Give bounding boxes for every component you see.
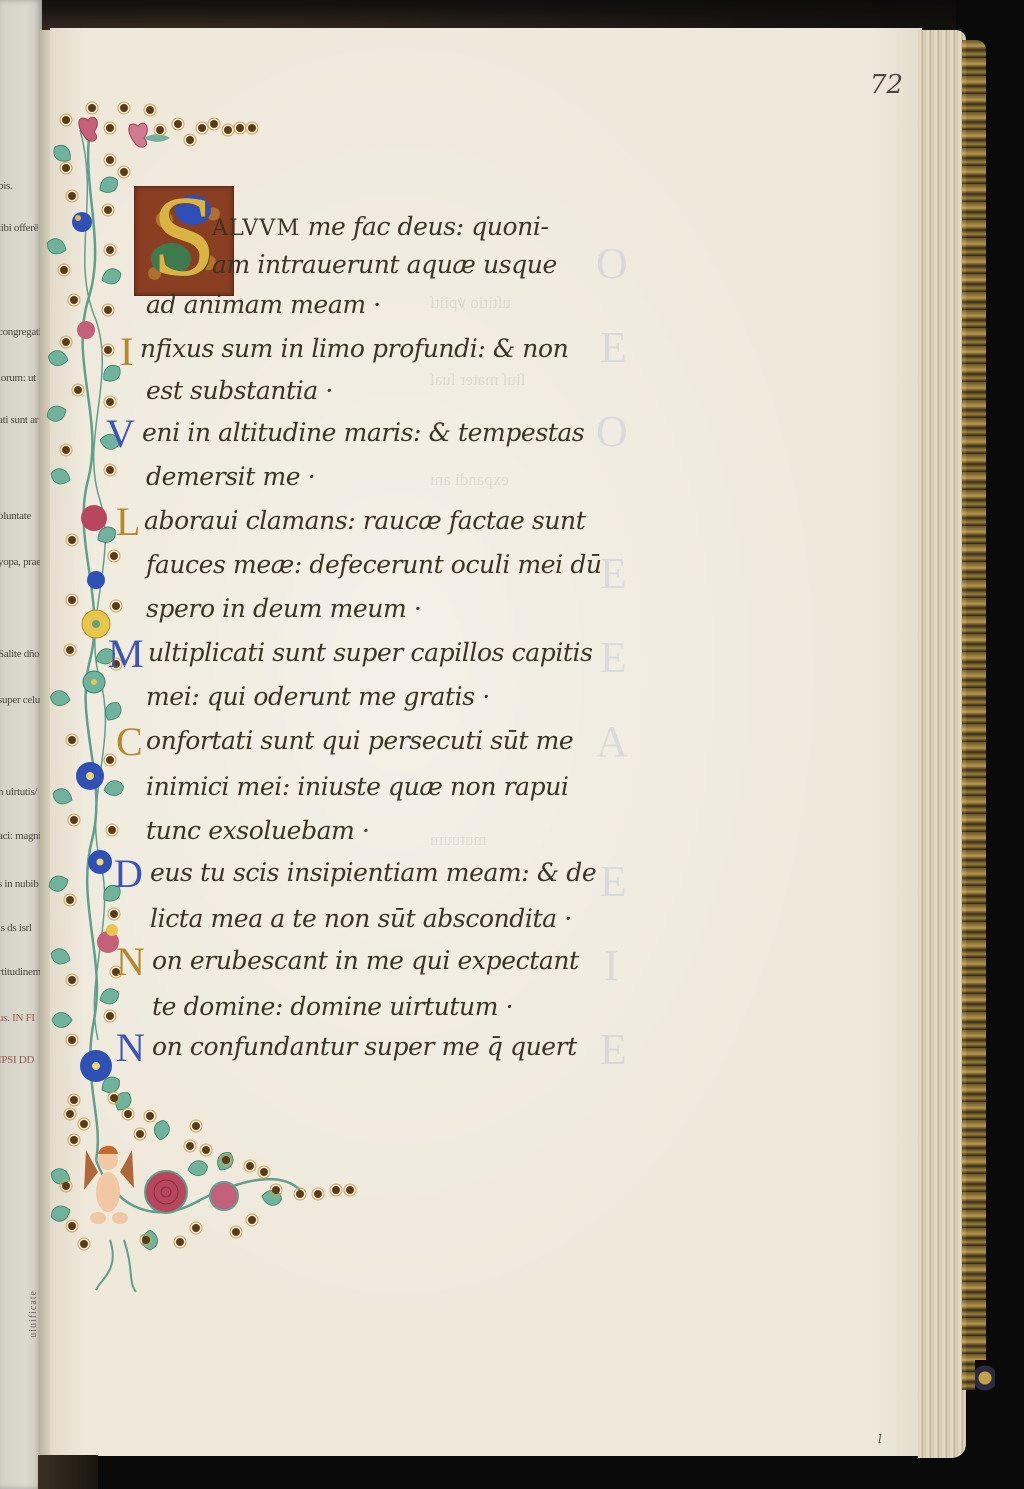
- bleed-through-text: uſtitio ꝟpiitſ: [430, 290, 511, 313]
- book-binding-corner: [38, 1455, 98, 1489]
- text-line: te domine: domine uirtutum ·: [152, 992, 513, 1021]
- left-page-line: is ds isrl: [0, 922, 32, 934]
- text-line: am intrauerunt aquæ usque: [212, 250, 557, 279]
- text-line: licta mea a te non sūt abscondita ·: [150, 904, 572, 933]
- left-page-line: aci: magni: [0, 830, 41, 842]
- left-page-rubric: IPSI DD: [0, 1054, 34, 1066]
- bleed-through-text: ſiuſ mater ſuaſ: [430, 370, 525, 390]
- folio-number: 72: [870, 70, 903, 100]
- left-page-line: oluntate: [0, 510, 31, 522]
- text-line: eni in altitudine maris: & tempestas: [142, 418, 584, 447]
- left-page-line: Salite dño: [0, 648, 39, 660]
- text-line: ultiplicati sunt super capillos capitis: [148, 638, 593, 667]
- left-page-line: ati sunt ar: [0, 414, 38, 426]
- text-line: onfortati sunt qui persecuti sūt me: [146, 726, 573, 755]
- left-page-line: yopa, prae: [0, 556, 41, 568]
- text-line: demersit me ·: [146, 462, 315, 491]
- text-line: tunc exsoluebam ·: [146, 816, 370, 845]
- line-text: me fac deus: quoni-: [300, 212, 548, 241]
- left-page-line: n uirtutis/: [0, 786, 37, 798]
- bleed-through-initial: E: [600, 856, 627, 907]
- bleed-through-text: mutuum: [430, 830, 487, 850]
- folio-lower-mark: l: [878, 1432, 882, 1446]
- left-page-line: bis.: [0, 180, 12, 192]
- text-line: aboraui clamans: raucæ factae sunt: [144, 506, 585, 535]
- text-line: spero in deum meum ·: [146, 594, 421, 623]
- bleed-through-initial: I: [604, 940, 619, 991]
- binding-corner-ornament: [975, 1360, 995, 1420]
- bleed-through-initial: E: [600, 322, 627, 373]
- left-page-line: lorum: ut: [0, 372, 36, 384]
- gilt-fore-edge: [962, 40, 986, 1390]
- page-edges: [918, 30, 966, 1458]
- bleed-through-initial: E: [600, 548, 627, 599]
- bleed-through-initial: E: [600, 1024, 627, 1075]
- initial-i: I: [120, 332, 133, 372]
- initial-d: D: [114, 854, 143, 894]
- book-binding-bottom: [40, 1452, 1000, 1489]
- text-line: on erubescant in me qui expectant: [152, 946, 579, 975]
- left-page-fragment: bis. tibi offerē congregatio lorum: ut a…: [0, 0, 42, 1489]
- bleed-through-initial: O: [596, 406, 628, 457]
- catchword: uiuificate: [28, 1290, 39, 1338]
- text-line: on confundantur super me q̄ quert: [152, 1032, 577, 1061]
- initial-c: C: [116, 722, 143, 762]
- text-line: mei: qui oderunt me gratis ·: [146, 682, 490, 711]
- text-line: fauces meæ: defecerunt oculi mei dū: [146, 550, 602, 579]
- text-line: inimici mei: iniuste quæ non rapui: [146, 772, 569, 801]
- text-line: ad animam meam ·: [146, 290, 381, 319]
- initial-m: M: [108, 634, 144, 674]
- bleed-through-text: expandi anı: [430, 470, 509, 490]
- text-line: ALVVM me fac deus: quoni-: [212, 212, 549, 241]
- text-line: est substantia ·: [146, 376, 333, 405]
- left-page-rubric: us. IN FI: [0, 1012, 35, 1024]
- initial-v: V: [106, 414, 135, 454]
- bleed-through-initial: E: [600, 632, 627, 683]
- historiated-initial-s: S: [134, 186, 234, 296]
- initial-l: L: [116, 502, 140, 542]
- bleed-through-initial: O: [596, 238, 628, 289]
- left-page-line: rtitudinem: [0, 966, 41, 978]
- lead-capitals: ALVVM: [212, 216, 300, 241]
- bleed-through-initial: A: [596, 716, 628, 767]
- initial-n: N: [116, 942, 145, 982]
- left-page-line: tibi offerē: [0, 222, 38, 234]
- left-page-line: s in nubib: [0, 878, 38, 890]
- text-line: nfixus sum in limo profundi: & non: [140, 334, 568, 363]
- initial-n: N: [116, 1028, 145, 1068]
- text-line: eus tu scis insipientiam meam: & de: [150, 858, 596, 887]
